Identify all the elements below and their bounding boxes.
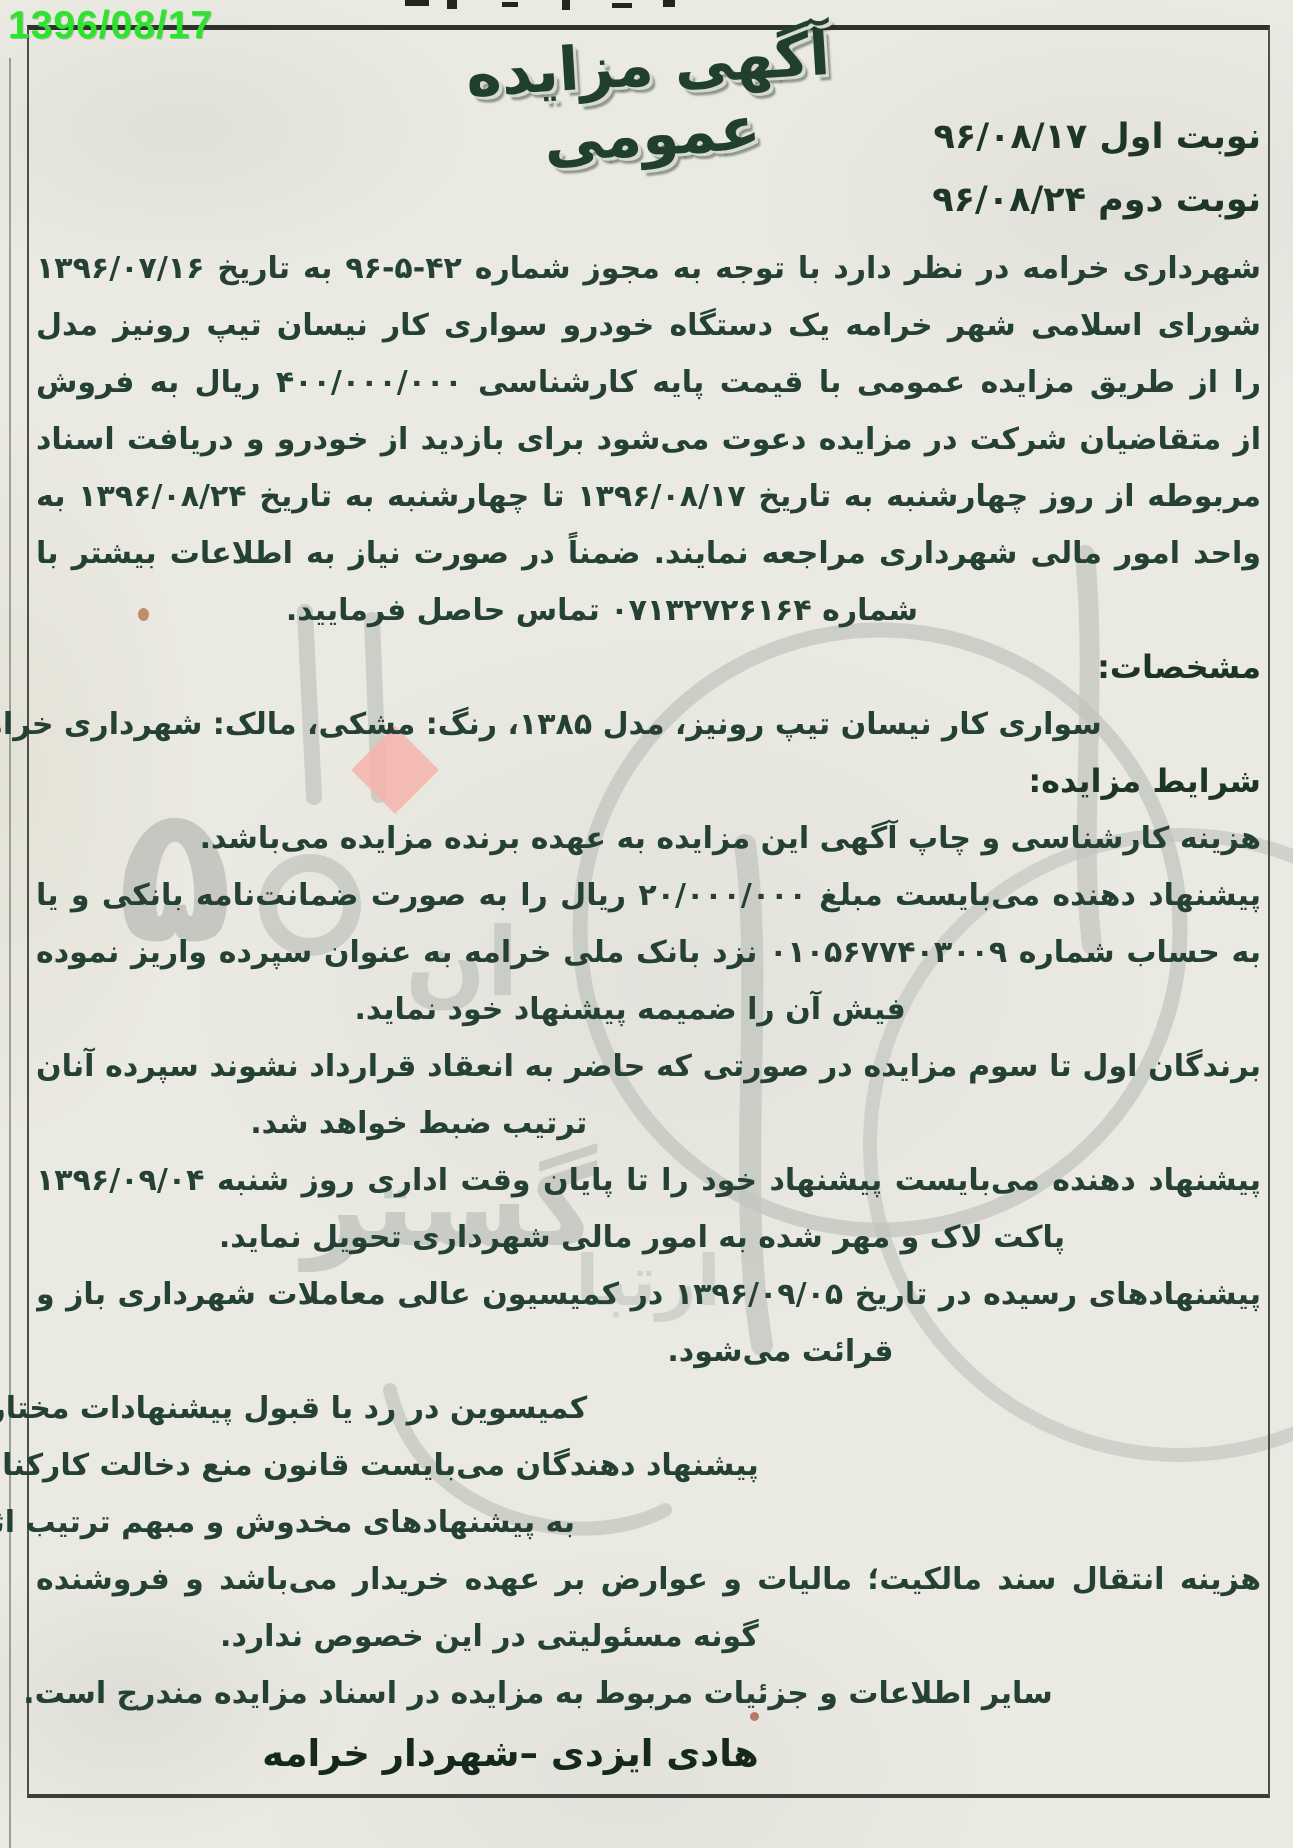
body-line: پیشنهاد دهنده می‌بایست مبلغ ۲۰/۰۰۰/۰۰۰ ر… [36,867,1261,924]
section-header: شرایط مزایده: [36,753,1261,810]
body-line: پاکت لاک و مهر شده به امور مالی شهرداری … [36,1209,1065,1266]
body-line: برندگان اول تا سوم مزایده در صورتی که حا… [36,1038,1261,1095]
cut-text-fragment [405,0,429,6]
body-line: هزینه انتقال سند مالکیت؛ مالیات و عوارض … [36,1551,1261,1608]
signature-line: هادی ایزدی –شهردار خرامه [36,1724,759,1784]
body-line: ترتیب ضبط خواهد شد. [36,1095,587,1152]
body-line: کمیسوین در رد یا قبول پیشنهادات مختار خو… [36,1380,587,1437]
body-line: سایر اطلاعات و جزئیات مربوط به مزایده در… [36,1665,1053,1722]
cut-text-fragment [663,0,675,7]
newspaper-column-rule [9,58,11,1848]
body-line: شماره ۰۷۱۳۲۷۲۶۱۶۴ تماس حاصل فرمایید. [36,582,918,639]
newspaper-scan-page: { "page": { "scan_date_stamp": "1396/08/… [0,0,1293,1848]
scan-date-stamp: 1396/08/17 [8,4,213,48]
body-line: به حساب شماره ۰۱۰۵۶۷۷۴۰۳۰۰۹ نزد بانک ملی… [36,924,1261,981]
body-line: گونه مسئولیتی در این خصوص ندارد. [36,1608,759,1665]
cut-text-fragment [447,0,457,9]
ink-speck [138,608,149,621]
section-header: مشخصات: [36,639,1261,696]
body-line: پیشنهاد دهنده می‌بایست پیشنهاد خود را تا… [36,1152,1261,1209]
body-line: مربوطه از روز چهارشنبه به تاریخ ۱۳۹۶/۰۸/… [36,468,1261,525]
body-line: واحد امور مالی شهرداری مراجعه نمایند. ضم… [36,525,1261,582]
ad-body: شهرداری خرامه در نظر دارد با توجه به مجو… [36,240,1261,1784]
body-line: پیشنهادهای رسیده در تاریخ ۱۳۹۶/۰۹/۰۵ در … [36,1266,1261,1323]
body-line: پیشنهاد دهندگان می‌بایست قانون منع دخالت… [36,1437,759,1494]
publication-first: نوبت اول ۹۶/۰۸/۱۷ [932,106,1261,169]
body-line: به پیشنهادهای مخدوش و مبهم ترتیب اثر داد… [36,1494,575,1551]
publication-second: نوبت دوم ۹۶/۰۸/۲۴ [932,169,1261,232]
body-line: فیش آن را ضمیمه پیشنهاد خود نماید. [36,981,906,1038]
body-line: شهرداری خرامه در نظر دارد با توجه به مجو… [36,240,1261,297]
body-line: هزینه کارشناسی و چاپ آگهی این مزایده به … [36,810,1261,867]
publication-dates: نوبت اول ۹۶/۰۸/۱۷ نوبت دوم ۹۶/۰۸/۲۴ [932,106,1261,232]
ink-speck [750,1712,759,1721]
body-line: شورای اسلامی شهر خرامه یک دستگاه خودرو س… [36,297,1261,354]
body-line: سواری کار نیسان تیپ رونیز، مدل ۱۳۸۵، رنگ… [36,696,1102,753]
body-line: را از طریق مزایده عمومی با قیمت پایه کار… [36,354,1261,411]
ad-body-lines: شهرداری خرامه در نظر دارد با توجه به مجو… [36,240,1261,1722]
cut-text-fragment [612,3,632,8]
body-line: قرائت می‌شود. [36,1323,894,1380]
body-line: از متقاضیان شرکت در مزایده دعوت می‌شود ب… [36,411,1261,468]
cut-text-fragment [562,0,570,10]
cut-text-fragment [502,2,518,7]
